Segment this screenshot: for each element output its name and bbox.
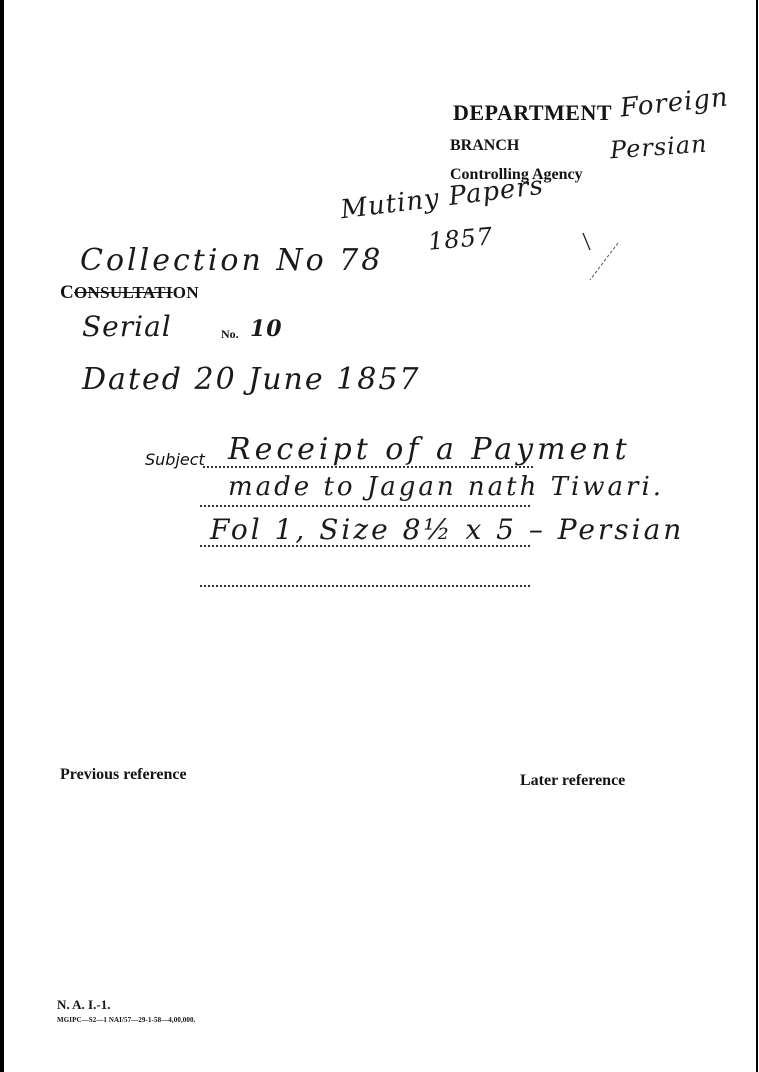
collection-number-handwritten: Collection No 78: [80, 243, 383, 278]
scan-edge-left: [0, 0, 4, 1072]
serial-handwritten: Serial: [82, 310, 172, 343]
scan-edge-right: [756, 0, 758, 1072]
consultation-rest: ON: [173, 283, 199, 302]
subject-dotted-line-2: [200, 505, 530, 507]
previous-reference-label: Previous reference: [60, 766, 187, 784]
branch-value-handwritten: Persian: [609, 130, 708, 165]
controlling-agency-value-handwritten: Mutiny Papers: [339, 171, 546, 226]
subject-label: Subject: [145, 450, 205, 469]
consultation-label: CONSULTATION: [60, 282, 199, 304]
subject-dotted-line-4: [200, 585, 530, 587]
branch-label: BRANCH: [450, 137, 519, 155]
serial-no-value: 10: [250, 316, 283, 342]
consultation-first-letter: C: [60, 282, 74, 303]
stray-pen-marks: [578, 228, 628, 288]
controlling-agency-year-handwritten: 1857: [427, 222, 494, 256]
department-value-handwritten: Foreign: [619, 82, 730, 123]
subject-line-3: Fol 1, Size 8½ x 5 – Persian: [210, 513, 684, 546]
form-number: N. A. I.-1.: [57, 997, 110, 1013]
print-code: MGIPC—S2—1 NAI/57—29-1-58—4,00,000.: [57, 1016, 195, 1024]
department-label: DEPARTMENT: [453, 100, 612, 126]
consultation-struck-text: ONSULTATI: [74, 283, 173, 302]
later-reference-label: Later reference: [520, 772, 625, 790]
dated-handwritten: Dated 20 June 1857: [82, 362, 421, 397]
serial-no-label: No.: [221, 327, 239, 342]
subject-line-2: made to Jagan nath Tiwari.: [228, 472, 664, 502]
subject-line-1: Receipt of a Payment: [228, 432, 631, 467]
